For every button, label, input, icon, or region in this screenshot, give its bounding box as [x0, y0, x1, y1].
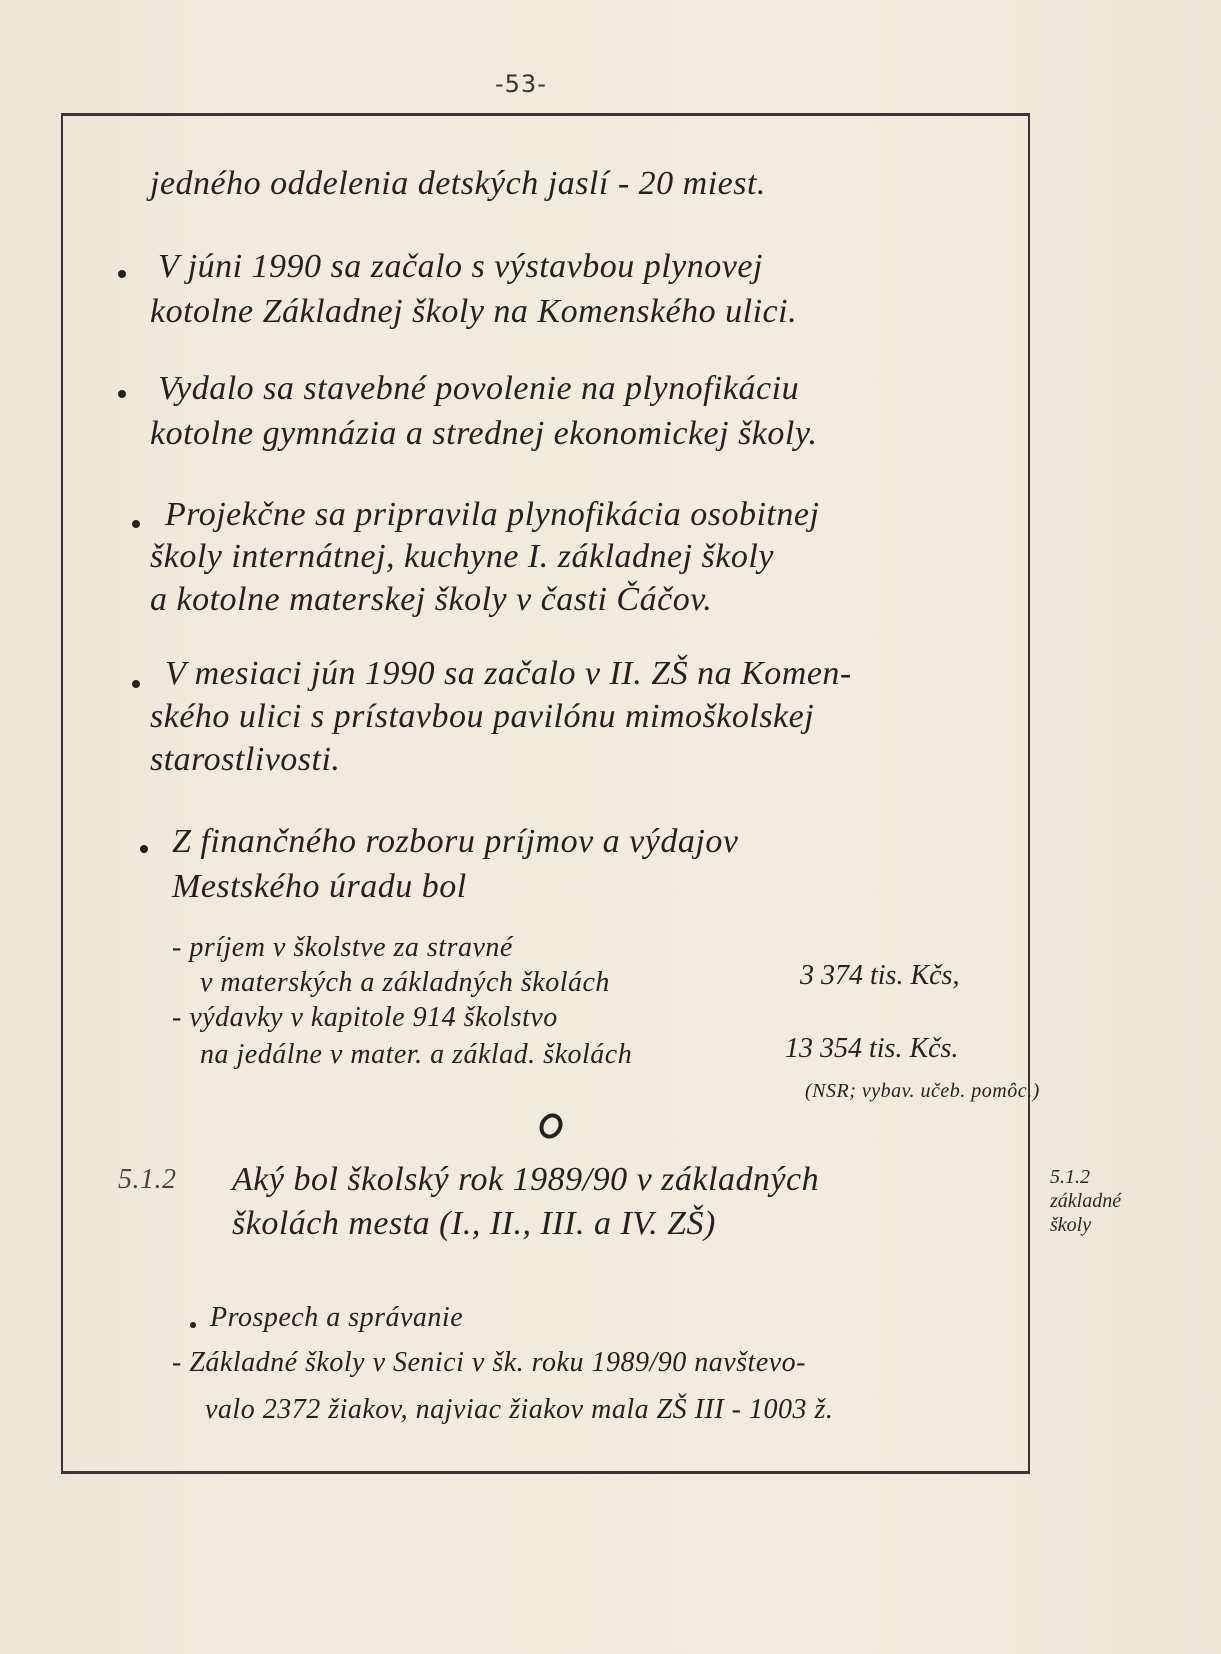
bullet-3-line-3: a kotolne materskej školy v časti Čáčov. — [150, 578, 712, 622]
section-title-line-1: Aký bol školský rok 1989/90 v základných — [232, 1158, 819, 1202]
bullet-5-line-1: Z finančného rozboru príjmov a výdajov — [172, 820, 738, 864]
bullet-dot — [190, 1322, 196, 1328]
page-number: -53- — [495, 70, 547, 98]
bullet-1-line-2: kotolne Základnej školy na Komenského ul… — [150, 290, 797, 334]
bullet-3-line-2: školy internátnej, kuchyne I. základnej … — [150, 535, 774, 579]
bullet-2-line-2: kotolne gymnázia a strednej ekonomickej … — [150, 412, 818, 456]
continuation-line: jedného oddelenia detských jaslí - 20 mi… — [150, 162, 766, 206]
finance-note: (NSR; vybav. učeb. pomôc.) — [805, 1080, 1040, 1102]
margin-note-line: základné — [1050, 1189, 1121, 1213]
finance-item-1-amount: 3 374 tis. Kčs, — [800, 960, 959, 992]
margin-note-line: školy — [1050, 1213, 1121, 1237]
bullet-dot — [132, 680, 140, 688]
finance-item-2-line-2: na jedálne v mater. a základ. školách — [200, 1037, 632, 1073]
section-dash-line-2: valo 2372 žiakov, najviac žiakov mala ZŠ… — [205, 1392, 833, 1428]
section-dash-line-1: - Základné školy v Senici v šk. roku 198… — [172, 1345, 806, 1381]
bullet-dot — [132, 520, 140, 528]
bullet-3-line-1: Projekčne sa pripravila plynofikácia oso… — [165, 493, 819, 537]
finance-item-1-line-2: v materských a základných školách — [200, 965, 610, 1001]
bullet-dot — [140, 845, 148, 853]
bullet-4-line-1: V mesiaci jún 1990 sa začalo v II. ZŠ na… — [165, 652, 852, 696]
bullet-4-line-2: ského ulici s prístavbou pavilónu mimošk… — [150, 695, 814, 739]
section-bullet: Prospech a správanie — [210, 1300, 463, 1336]
bullet-2-line-1: Vydalo sa stavebné povolenie na plynofik… — [158, 367, 799, 411]
margin-note-line: 5.1.2 — [1050, 1165, 1121, 1189]
section-number: 5.1.2 — [118, 1162, 177, 1198]
finance-item-1-line-1: - príjem v školstve za stravné — [172, 930, 513, 966]
finance-item-2-line-1: - výdavky v kapitole 914 školstvo — [172, 1000, 558, 1036]
section-title-line-2: školách mesta (I., II., III. a IV. ZŠ) — [232, 1202, 716, 1246]
finance-item-2-amount: 13 354 tis. Kčs. — [785, 1033, 958, 1065]
bullet-4-line-3: starostlivosti. — [150, 738, 340, 782]
margin-note: 5.1.2 základné školy — [1050, 1165, 1121, 1237]
bullet-5-line-2: Mestského úradu bol — [172, 865, 467, 909]
bullet-dot — [118, 390, 126, 398]
bullet-dot — [118, 270, 126, 278]
bullet-1-line-1: V júni 1990 sa začalo s výstavbou plynov… — [158, 245, 763, 289]
